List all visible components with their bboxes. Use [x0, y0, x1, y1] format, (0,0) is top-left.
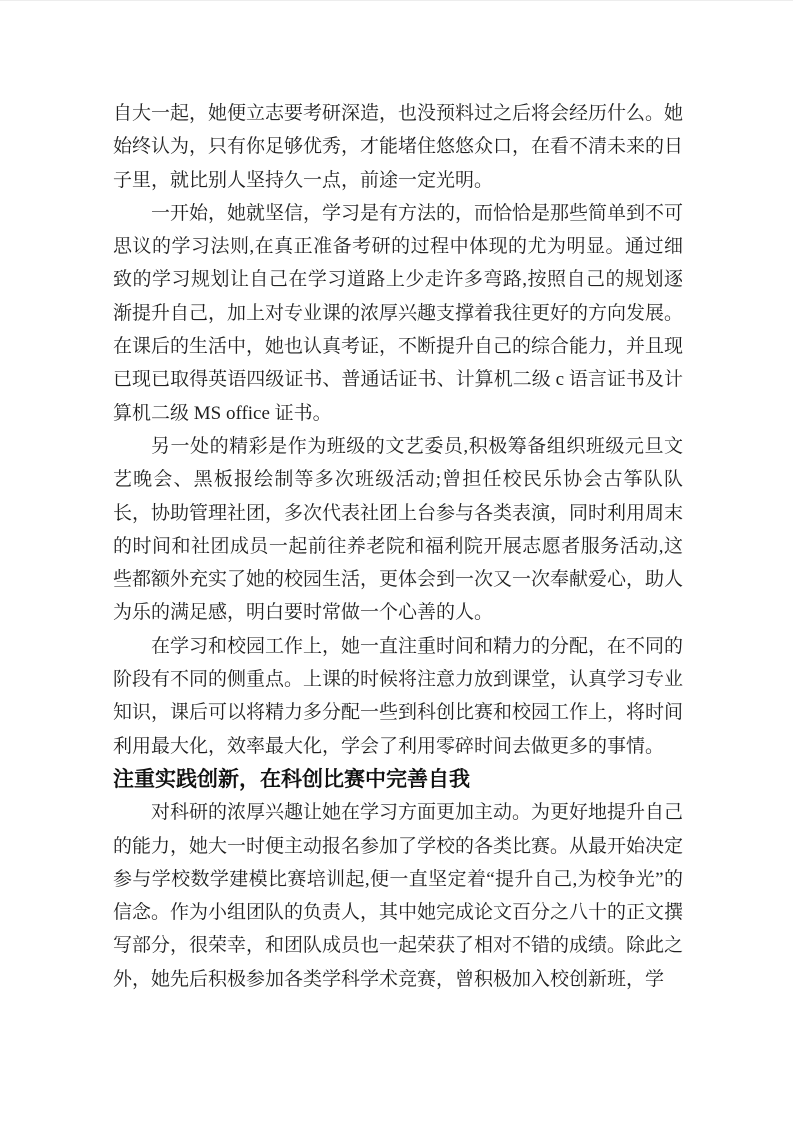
- paragraph: 在学习和校园工作上，她一直注重时间和精力的分配，在不同的阶段有不同的侧重点。上课…: [113, 630, 683, 763]
- paragraph: 自大一起，她便立志要考研深造，也没预料过之后将会经历什么。她始终认为，只有你足够…: [113, 97, 683, 197]
- paragraph: 一开始，她就坚信，学习是有方法的，而恰恰是那些简单到不可思议的学习法则,在真正准…: [113, 197, 683, 430]
- document-content: 自大一起，她便立志要考研深造，也没预料过之后将会经历什么。她始终认为，只有你足够…: [113, 97, 683, 996]
- paragraph: 另一处的精彩是作为班级的文艺委员,积极筹备组织班级元旦文艺晚会、黑板报绘制等多次…: [113, 430, 683, 630]
- paragraph: 对科研的浓厚兴趣让她在学习方面更加主动。为更好地提升自己的能力，她大一时便主动报…: [113, 796, 683, 996]
- document-page: 自大一起，她便立志要考研深造，也没预料过之后将会经历什么。她始终认为，只有你足够…: [0, 0, 793, 1122]
- section-heading: 注重实践创新，在科创比赛中完善自我: [113, 763, 683, 796]
